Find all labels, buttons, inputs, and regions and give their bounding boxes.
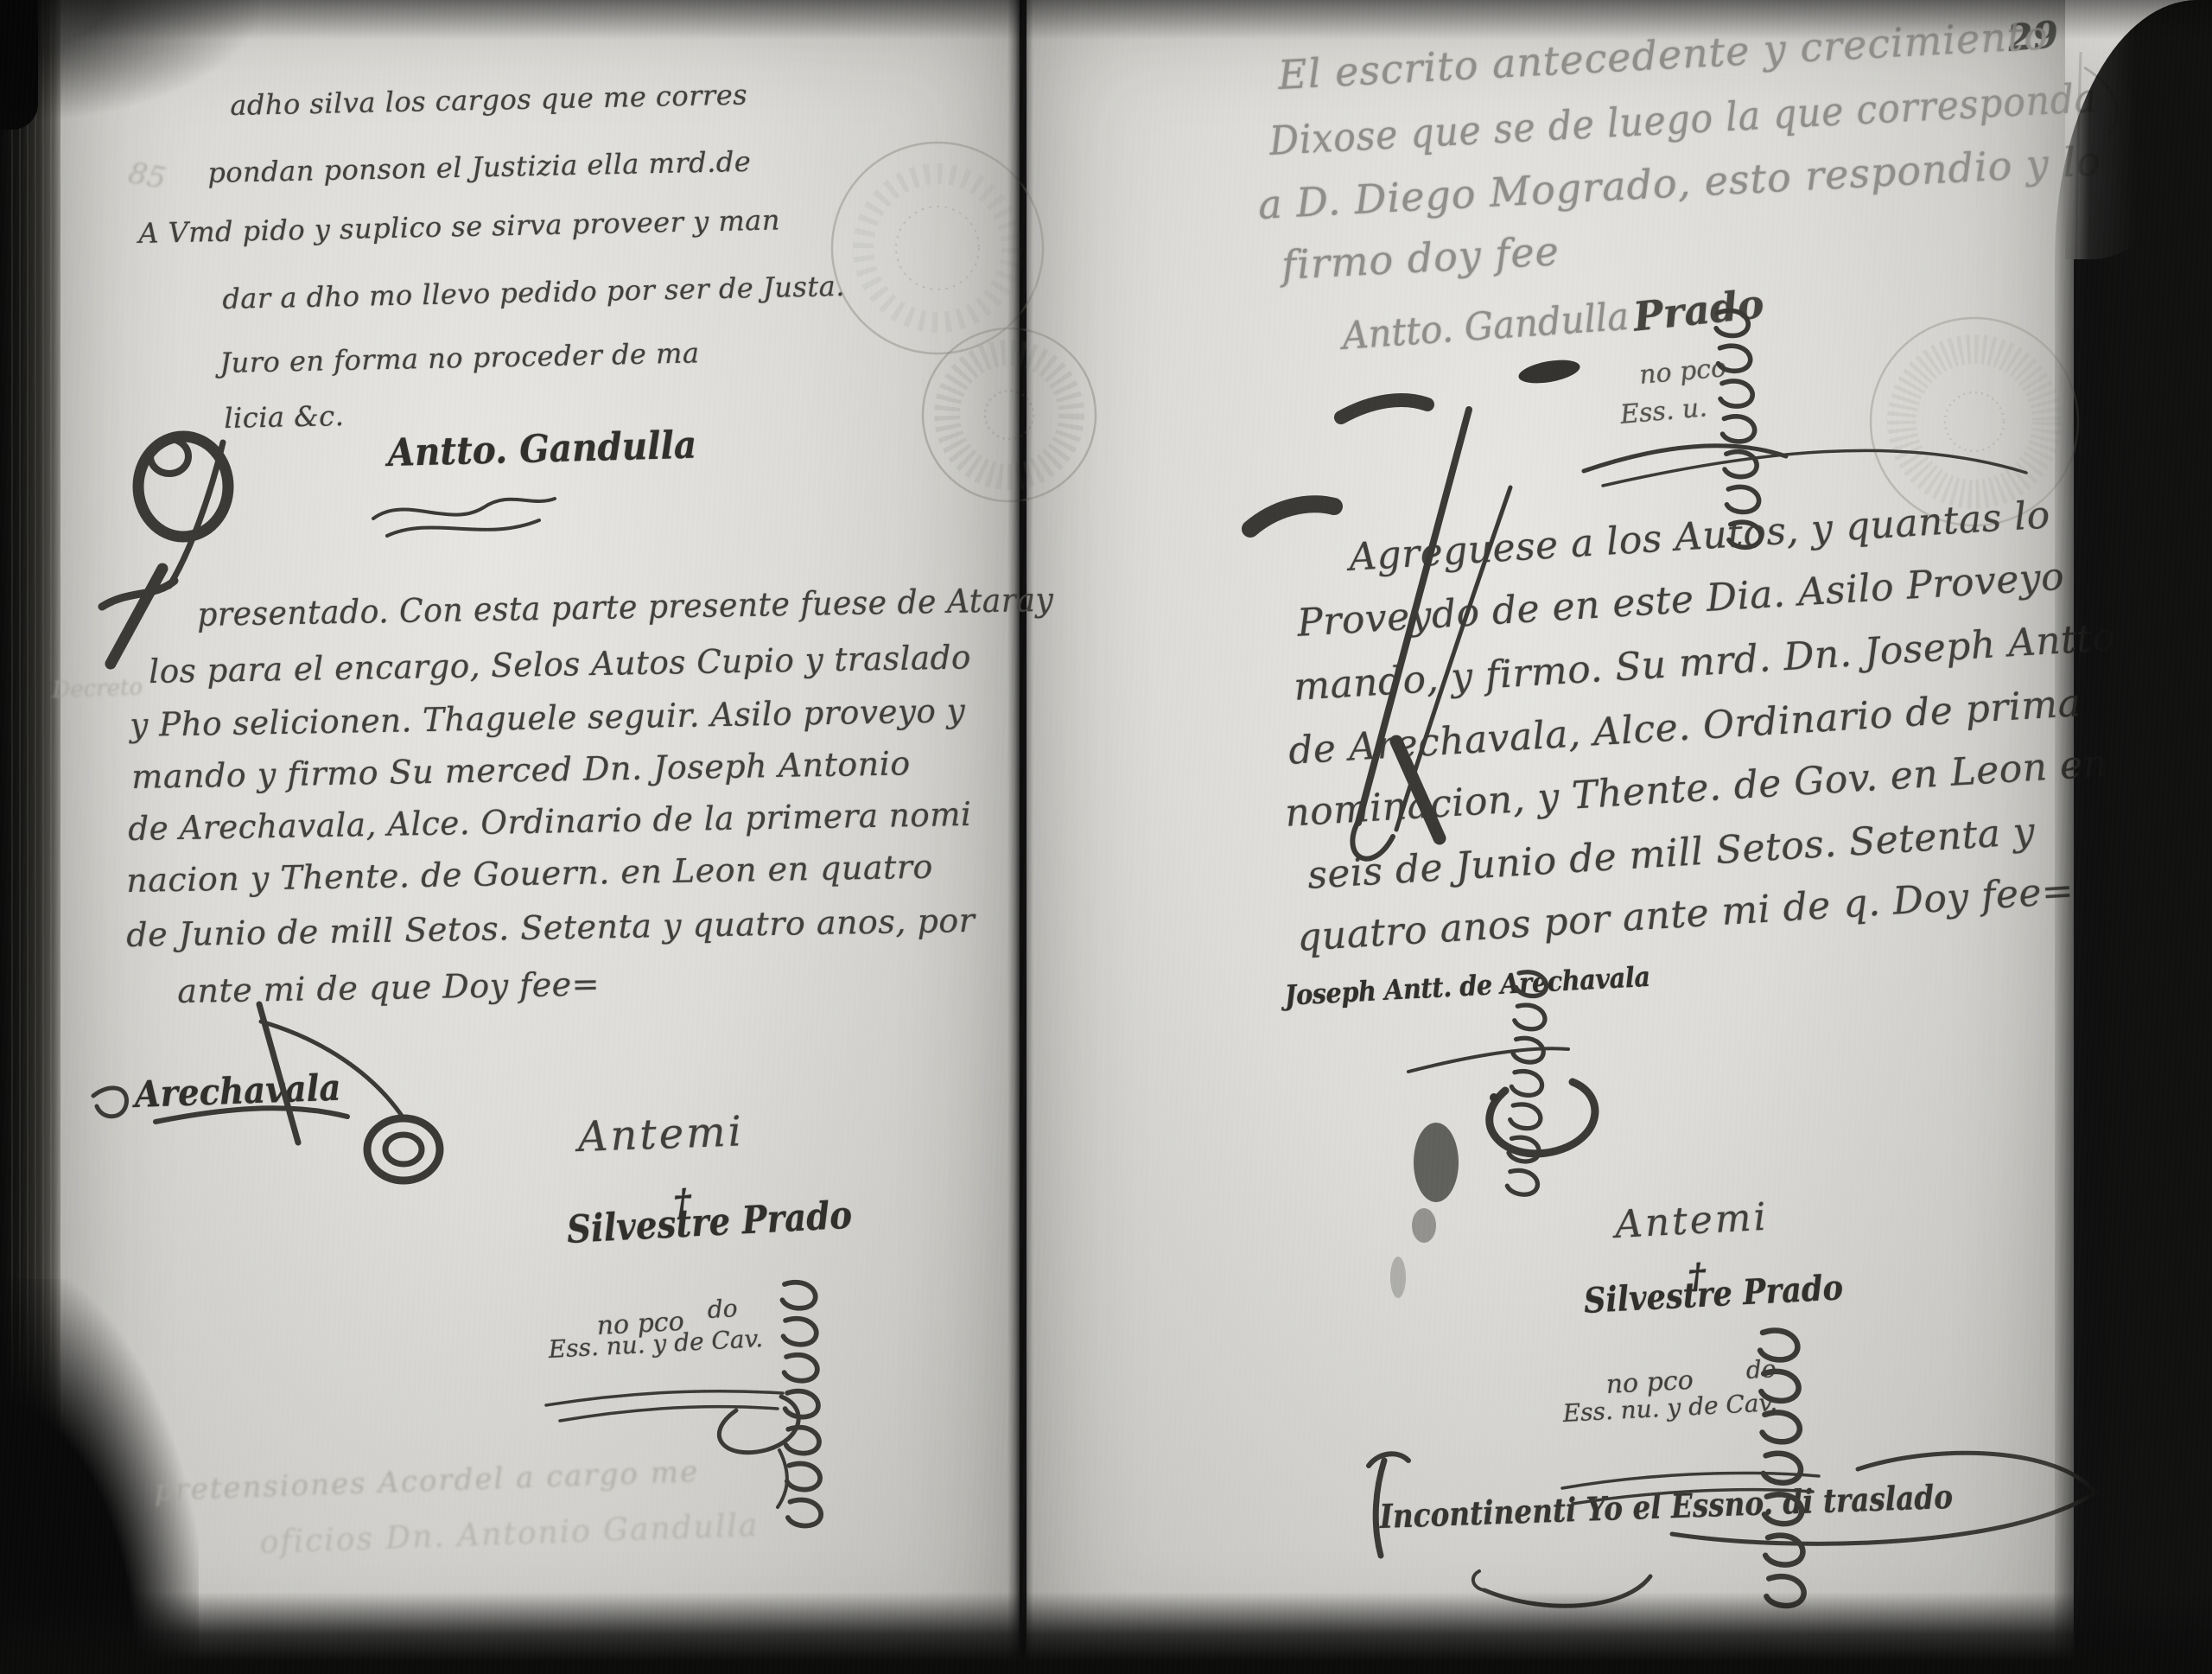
right-page — [1027, 0, 2074, 1674]
photo-bottom-shadow — [0, 1592, 2212, 1674]
photo-top-shadow — [0, 0, 2212, 40]
photo-topleft-shadow — [0, 0, 259, 121]
photo-right-shadow — [2055, 0, 2212, 1674]
manuscript-scan: 29 85 adho silva los cargos que me corre… — [0, 0, 2212, 1674]
page-gutter — [1007, 0, 1033, 1674]
